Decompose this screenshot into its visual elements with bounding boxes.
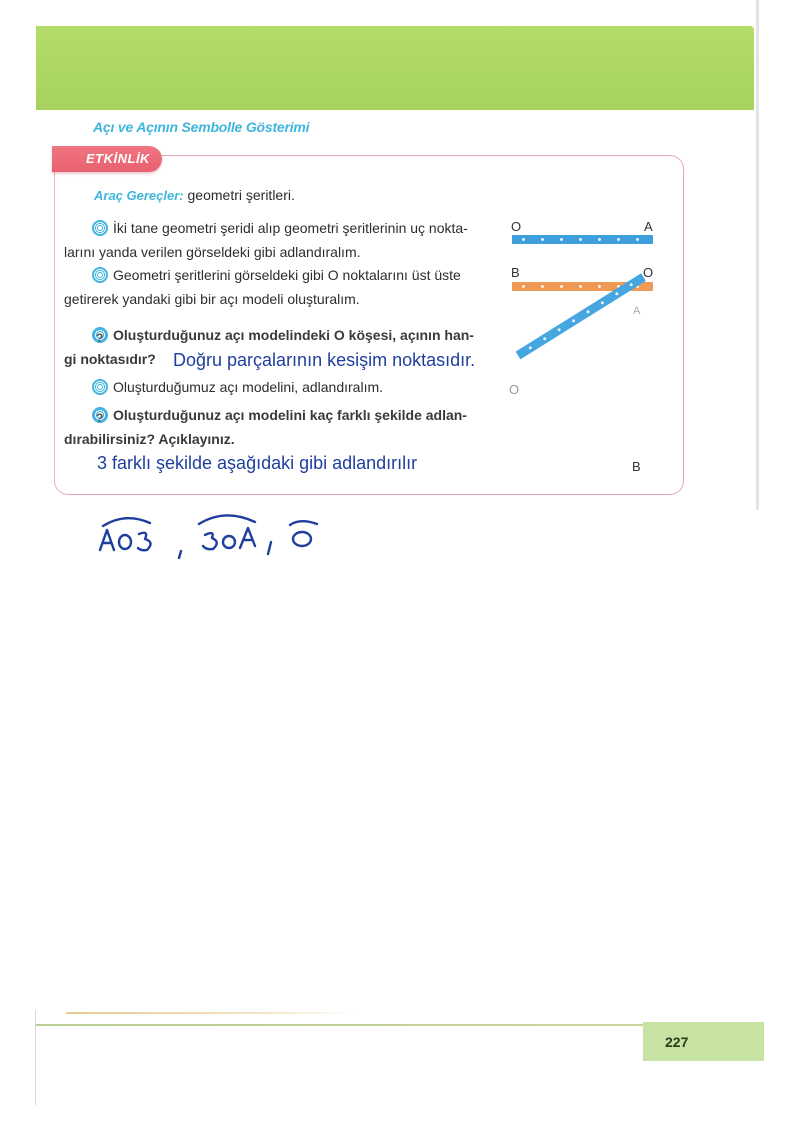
- handwritten-answer-1: Doğru parçalarının kesişim noktasıdır.: [173, 350, 475, 371]
- activity-tab: ETKİNLİK: [52, 146, 162, 172]
- question-text: dırabilirsiniz? Açıklayınız.: [64, 431, 235, 447]
- question-text: gi noktasıdır?: [64, 351, 156, 367]
- target-bullet-icon: [92, 220, 108, 236]
- question-icon: [92, 327, 108, 343]
- step-text: larını yanda verilen görseldeki gibi adl…: [64, 244, 361, 260]
- end-label: A: [633, 305, 640, 317]
- page-edge: [756, 0, 759, 510]
- step-text: Geometri şeritlerini görseldeki gibi O n…: [113, 267, 461, 283]
- strip1-right-label: A: [644, 219, 653, 234]
- handwritten-answer-2: 3 farklı şekilde aşağıdaki gibi adlandır…: [97, 453, 417, 474]
- target-bullet-icon: [92, 267, 108, 283]
- step-text: İki tane geometri şeridi alıp geometri ş…: [113, 220, 468, 236]
- target-bullet-icon: [92, 379, 108, 395]
- question-text: Oluşturduğunuz açı modelindeki O köşesi,…: [113, 327, 474, 343]
- question-2: Oluşturduğunuz açı modelini kaç farklı ş…: [64, 403, 484, 451]
- blue-strip: [512, 235, 653, 244]
- handwritten-angle-names: [95, 508, 335, 568]
- section-title: Açı ve Açının Sembolle Gösterimi: [93, 119, 309, 135]
- header-band: [36, 26, 754, 110]
- tools-line: Araç Gereçler: geometri şeritleri.: [94, 187, 295, 203]
- question-icon: [92, 407, 108, 423]
- vertex-label: O: [509, 382, 519, 397]
- question-text: Oluşturduğunuz açı modelini kaç farklı ş…: [113, 407, 467, 423]
- tools-value: geometri şeritleri.: [188, 187, 295, 203]
- step-text: Oluşturduğumuz açı modelini, adlandıralı…: [113, 379, 383, 395]
- step-2: Geometri şeritlerini görseldeki gibi O n…: [64, 263, 474, 311]
- other-end-label: B: [632, 459, 641, 474]
- footer-rule: [66, 1012, 356, 1014]
- footer-rule: [36, 1024, 646, 1026]
- page-number-box: 227: [643, 1022, 764, 1061]
- activity-tab-label: ETKİNLİK: [86, 151, 150, 166]
- strip2-left-label: B: [511, 265, 520, 280]
- step-4: Oluşturduğumuz açı modelini, adlandıralı…: [64, 375, 474, 399]
- page-number: 227: [665, 1034, 688, 1050]
- strip1-left-label: O: [511, 219, 521, 234]
- step-text: getirerek yandaki gibi bir açı modeli ol…: [64, 291, 360, 307]
- step-1: İki tane geometri şeridi alıp geometri ş…: [64, 216, 474, 264]
- tools-label: Araç Gereçler:: [94, 188, 184, 203]
